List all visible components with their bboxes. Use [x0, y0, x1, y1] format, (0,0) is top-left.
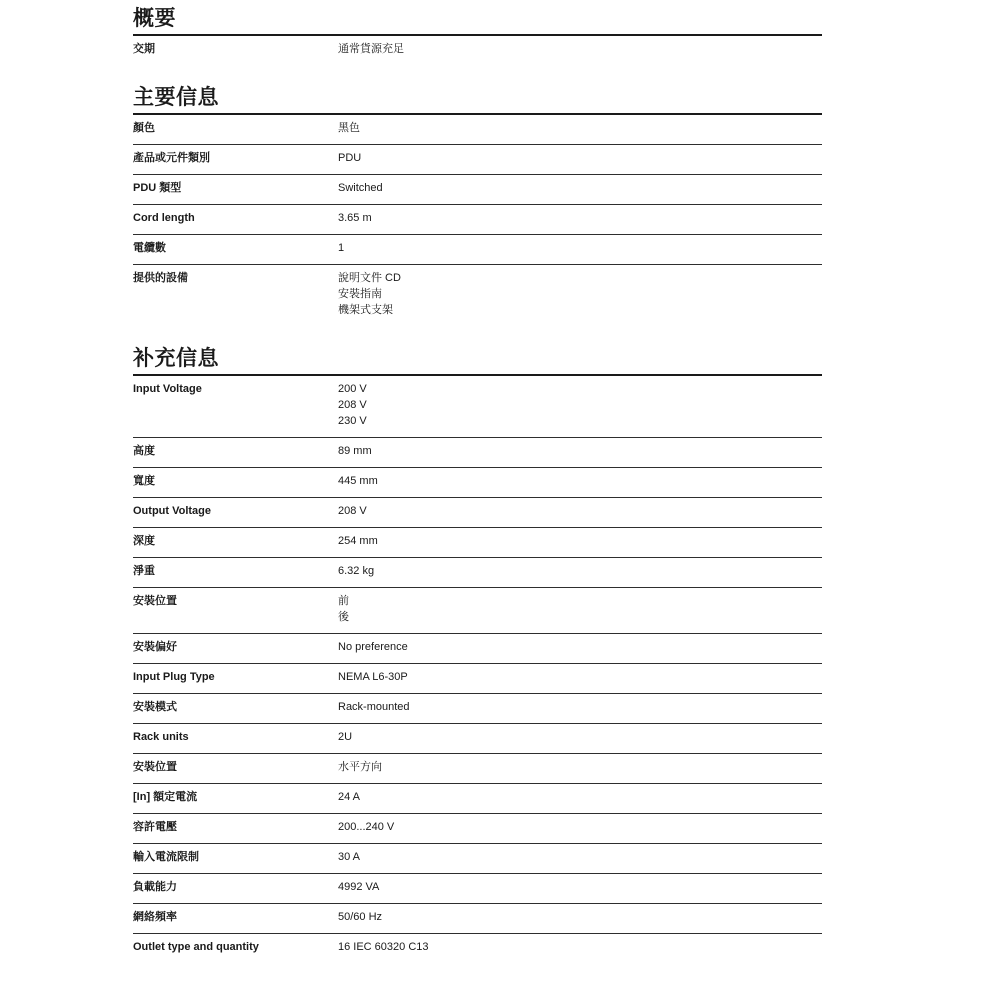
spec-label: Output Voltage — [133, 503, 338, 519]
spec-row: 安裝模式Rack-mounted — [133, 694, 822, 724]
spec-values: 2U — [338, 729, 822, 745]
spec-label: PDU 類型 — [133, 180, 338, 196]
spec-row: 寬度445 mm — [133, 468, 822, 498]
spec-label: Outlet type and quantity — [133, 939, 338, 955]
spec-row: 網絡頻率50/60 Hz — [133, 904, 822, 934]
spec-label: 電纜數 — [133, 240, 338, 256]
section-title-main-info: 主要信息 — [133, 85, 822, 115]
spec-value-line: 機架式支架 — [338, 302, 822, 318]
spec-label: 提供的設備 — [133, 270, 338, 286]
spec-label: 高度 — [133, 443, 338, 459]
spec-row: 安裝位置前後 — [133, 588, 822, 634]
spec-value-line: 4992 VA — [338, 879, 822, 895]
datasheet-content: 概要 交期通常貨源充足 主要信息 顏色黑色產品或元件類別PDUPDU 類型Swi… — [133, 6, 822, 963]
spec-label: 安裝位置 — [133, 593, 338, 609]
spec-row: 深度254 mm — [133, 528, 822, 558]
spec-label: Cord length — [133, 210, 338, 226]
datasheet-page: 概要 交期通常貨源充足 主要信息 顏色黑色產品或元件類別PDUPDU 類型Swi… — [0, 0, 1000, 1000]
spec-value-line: 前 — [338, 593, 822, 609]
spec-value-line: 後 — [338, 609, 822, 625]
spec-value-line: 水平方向 — [338, 759, 822, 775]
spec-label: 負載能力 — [133, 879, 338, 895]
spec-value-line: 230 V — [338, 413, 822, 429]
spec-row: 電纜數1 — [133, 235, 822, 265]
spec-values: 16 IEC 60320 C13 — [338, 939, 822, 955]
spec-value-line: Switched — [338, 180, 822, 196]
spec-values: 24 A — [338, 789, 822, 805]
spec-row: 交期通常貨源充足 — [133, 36, 822, 65]
spec-row: Outlet type and quantity16 IEC 60320 C13 — [133, 934, 822, 963]
spec-row: Input Voltage200 V208 V230 V — [133, 376, 822, 438]
spec-value-line: 2U — [338, 729, 822, 745]
spec-value-line: 200 V — [338, 381, 822, 397]
spec-values: 前後 — [338, 593, 822, 625]
spec-label: 安裝模式 — [133, 699, 338, 715]
spec-row: Cord length3.65 m — [133, 205, 822, 235]
spec-row: [In] 額定電流24 A — [133, 784, 822, 814]
spec-label: 輸入電流限制 — [133, 849, 338, 865]
spec-label: 顏色 — [133, 120, 338, 136]
spec-values: 1 — [338, 240, 822, 256]
spec-row: 提供的設備說明文件 CD安裝指南機架式支架 — [133, 265, 822, 326]
spec-value-line: 16 IEC 60320 C13 — [338, 939, 822, 955]
spec-label: 深度 — [133, 533, 338, 549]
spec-values: PDU — [338, 150, 822, 166]
spec-values: 208 V — [338, 503, 822, 519]
spec-label: 容許電壓 — [133, 819, 338, 835]
spec-label: 安裝位置 — [133, 759, 338, 775]
spec-value-line: PDU — [338, 150, 822, 166]
spec-row: 負載能力4992 VA — [133, 874, 822, 904]
spec-values: 通常貨源充足 — [338, 41, 822, 57]
spec-value-line: 1 — [338, 240, 822, 256]
spec-label: 產品或元件類別 — [133, 150, 338, 166]
spec-row: 高度89 mm — [133, 438, 822, 468]
spec-value-line: 6.32 kg — [338, 563, 822, 579]
spec-row: 安裝位置水平方向 — [133, 754, 822, 784]
spec-value-line: 24 A — [338, 789, 822, 805]
spec-label: 寬度 — [133, 473, 338, 489]
spec-values: 200...240 V — [338, 819, 822, 835]
spec-value-line: 445 mm — [338, 473, 822, 489]
spec-label: Rack units — [133, 729, 338, 745]
spec-table-supplementary-info: Input Voltage200 V208 V230 V高度89 mm寬度445… — [133, 376, 822, 963]
spec-label: 網絡頻率 — [133, 909, 338, 925]
section-supplementary-info: 补充信息 Input Voltage200 V208 V230 V高度89 mm… — [133, 346, 822, 963]
spec-row: 產品或元件類別PDU — [133, 145, 822, 175]
spec-values: Rack-mounted — [338, 699, 822, 715]
section-title-overview: 概要 — [133, 6, 822, 36]
spec-value-line: 89 mm — [338, 443, 822, 459]
spec-values: 30 A — [338, 849, 822, 865]
spec-values: Switched — [338, 180, 822, 196]
spec-row: 安裝偏好No preference — [133, 634, 822, 664]
spec-table-main-info: 顏色黑色產品或元件類別PDUPDU 類型SwitchedCord length3… — [133, 115, 822, 326]
spec-values: 50/60 Hz — [338, 909, 822, 925]
spec-values: 黑色 — [338, 120, 822, 136]
spec-label: 淨重 — [133, 563, 338, 579]
spec-values: 89 mm — [338, 443, 822, 459]
spec-value-line: No preference — [338, 639, 822, 655]
spec-value-line: 200...240 V — [338, 819, 822, 835]
spec-value-line: 30 A — [338, 849, 822, 865]
spec-values: 4992 VA — [338, 879, 822, 895]
spec-value-line: 黑色 — [338, 120, 822, 136]
spec-row: 顏色黑色 — [133, 115, 822, 145]
spec-values: 254 mm — [338, 533, 822, 549]
section-overview: 概要 交期通常貨源充足 — [133, 6, 822, 65]
spec-row: 淨重6.32 kg — [133, 558, 822, 588]
spec-value-line: 3.65 m — [338, 210, 822, 226]
spec-values: 水平方向 — [338, 759, 822, 775]
spec-value-line: 254 mm — [338, 533, 822, 549]
spec-label: 安裝偏好 — [133, 639, 338, 655]
spec-value-line: 安裝指南 — [338, 286, 822, 302]
spec-values: 6.32 kg — [338, 563, 822, 579]
spec-table-overview: 交期通常貨源充足 — [133, 36, 822, 65]
spec-row: Output Voltage208 V — [133, 498, 822, 528]
spec-value-line: NEMA L6-30P — [338, 669, 822, 685]
spec-value-line: 208 V — [338, 503, 822, 519]
spec-values: 200 V208 V230 V — [338, 381, 822, 429]
spec-value-line: 通常貨源充足 — [338, 41, 822, 57]
spec-values: 445 mm — [338, 473, 822, 489]
spec-row: 輸入電流限制30 A — [133, 844, 822, 874]
spec-row: Input Plug TypeNEMA L6-30P — [133, 664, 822, 694]
spec-value-line: 208 V — [338, 397, 822, 413]
spec-value-line: 說明文件 CD — [338, 270, 822, 286]
spec-row: Rack units2U — [133, 724, 822, 754]
spec-values: No preference — [338, 639, 822, 655]
spec-value-line: Rack-mounted — [338, 699, 822, 715]
spec-row: 容許電壓200...240 V — [133, 814, 822, 844]
spec-values: 說明文件 CD安裝指南機架式支架 — [338, 270, 822, 318]
spec-row: PDU 類型Switched — [133, 175, 822, 205]
spec-label: [In] 額定電流 — [133, 789, 338, 805]
spec-values: 3.65 m — [338, 210, 822, 226]
spec-label: 交期 — [133, 41, 338, 57]
section-title-supplementary-info: 补充信息 — [133, 346, 822, 376]
section-main-info: 主要信息 顏色黑色產品或元件類別PDUPDU 類型SwitchedCord le… — [133, 85, 822, 326]
spec-values: NEMA L6-30P — [338, 669, 822, 685]
spec-label: Input Plug Type — [133, 669, 338, 685]
spec-label: Input Voltage — [133, 381, 338, 397]
spec-value-line: 50/60 Hz — [338, 909, 822, 925]
